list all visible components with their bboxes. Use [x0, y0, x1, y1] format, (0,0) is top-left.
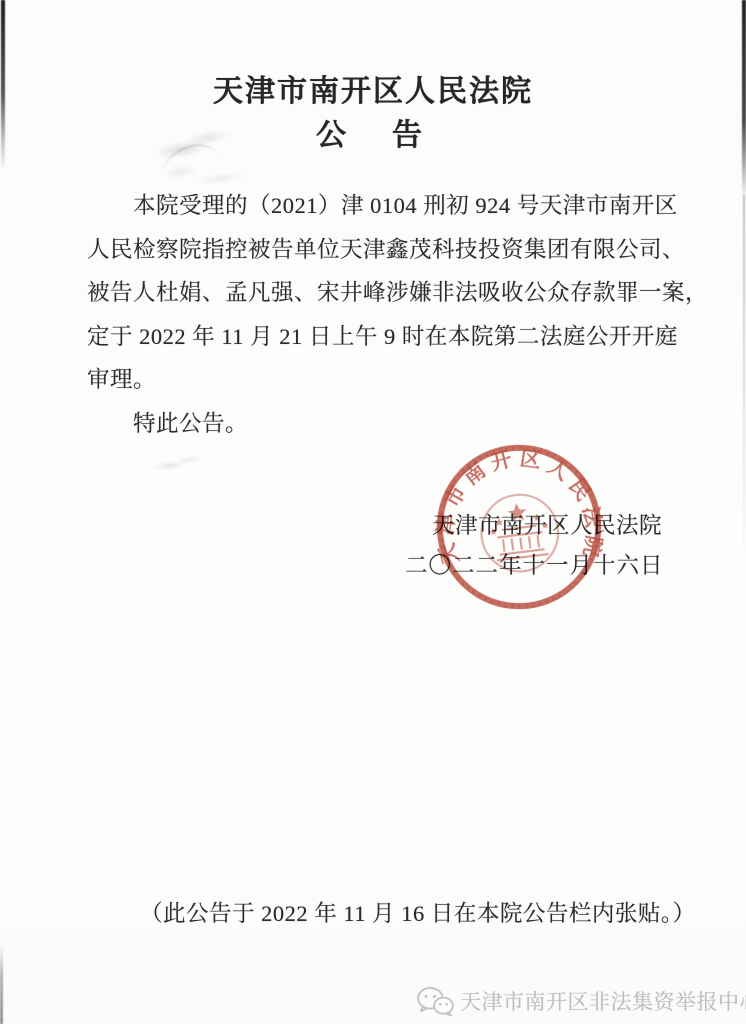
signature-date: 二〇二二年十一月十六日: [405, 548, 664, 580]
body-line: 定于 2022 年 11 月 21 日上午 9 时在本院第二法庭公开开庭: [87, 315, 687, 359]
closing-statement: 特此公告。: [87, 402, 687, 446]
reporting-center-watermark: 天津市南开区非法集资举报中心: [416, 986, 746, 1016]
posting-footnote: （此公告于 2022 年 11 月 16 日在本院公告栏内张贴。）: [140, 896, 696, 928]
body-line: 被告人杜娟、孟凡强、宋井峰涉嫌非法吸收公众存款罪一案，: [87, 271, 687, 315]
scanned-document-page: 天津市南开区人民法院 公 告 本院受理的（2021）津 0104 刑初 924 …: [0, 0, 746, 1024]
body-line: 审理。: [87, 358, 687, 402]
court-name-title: 天津市南开区人民法院: [0, 66, 746, 110]
scan-edge-artifact-bottom-left: [0, 945, 3, 1024]
announcement-title: 公 告: [0, 110, 746, 154]
pencil-smudge: [139, 451, 211, 480]
watermark-text: 天津市南开区非法集资举报中心: [460, 986, 746, 1016]
wechat-icon: [416, 986, 454, 1016]
body-line: 本院受理的（2021）津 0104 刑初 924 号天津市南开区: [87, 184, 687, 228]
body-line: 人民检察院指控被告单位天津鑫茂科技投资集团有限公司、: [87, 228, 687, 272]
signature-court-name: 天津市南开区人民法院: [432, 508, 662, 540]
seal-texture: [453, 481, 589, 604]
announcement-body: 本院受理的（2021）津 0104 刑初 924 号天津市南开区 人民检察院指控…: [87, 184, 687, 445]
scan-edge-artifact-right-faint: [743, 195, 745, 585]
